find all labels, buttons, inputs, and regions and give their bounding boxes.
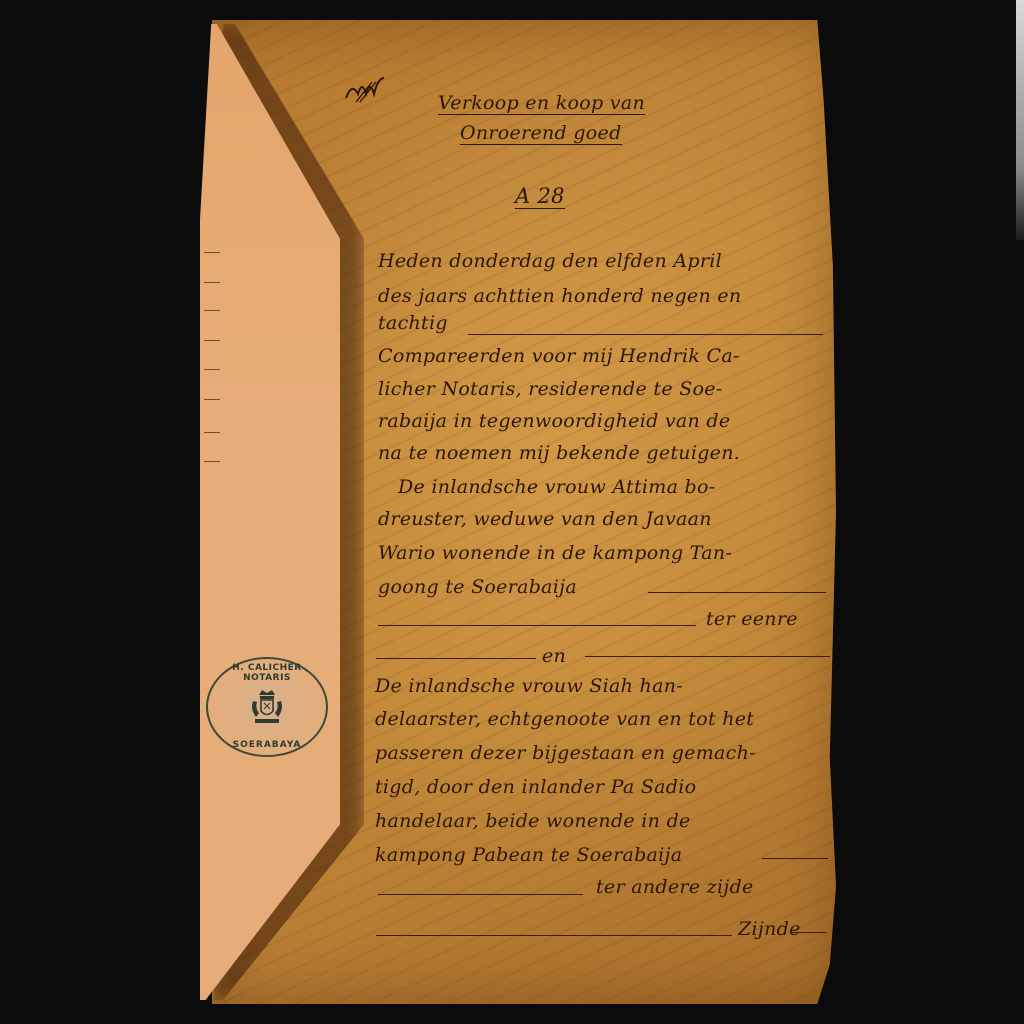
text-line: passeren dezer bijgestaan en gemach- bbox=[375, 742, 756, 764]
flap-tick bbox=[204, 461, 220, 462]
text-line: dreuster, weduwe van den Javaan bbox=[378, 508, 712, 530]
text-line: rabaija in tegenwoordigheid van de bbox=[378, 410, 730, 432]
fill-line bbox=[790, 932, 826, 933]
flap-tick bbox=[204, 399, 220, 400]
flap-tick bbox=[204, 369, 220, 370]
text-line: handelaar, beide wonende in de bbox=[375, 810, 691, 832]
fill-line bbox=[378, 894, 583, 895]
flap-tick bbox=[204, 340, 220, 341]
background-edge-strip bbox=[1016, 0, 1024, 240]
text-line: Zijnde bbox=[738, 918, 801, 940]
text-line: ter andere zijde bbox=[596, 876, 754, 898]
seal-top-text: H. CALICHER NOTARIS bbox=[208, 663, 326, 683]
text-line: licher Notaris, residerende te Soe- bbox=[378, 378, 723, 400]
text-line: ter eenre bbox=[706, 608, 798, 630]
deed-number: A 28 bbox=[515, 184, 565, 208]
fill-line bbox=[376, 935, 732, 936]
text-line: kampong Pabean te Soerabaija bbox=[375, 844, 682, 866]
notary-seal: H. CALICHER NOTARIS SOERABAYA bbox=[206, 657, 328, 757]
fill-line bbox=[468, 334, 823, 335]
text-line: De inlandsche vrouw Attima bo- bbox=[398, 476, 715, 498]
fill-line bbox=[762, 858, 828, 859]
text-line: delaarster, echtgenoote van en tot het bbox=[375, 708, 754, 730]
flap-tick bbox=[204, 282, 220, 283]
seal-bottom-text: SOERABAYA bbox=[208, 740, 326, 750]
text-line: De inlandsche vrouw Siah han- bbox=[375, 675, 683, 697]
text-line: Heden donderdag den elfden April bbox=[378, 250, 722, 272]
flap-tick bbox=[204, 432, 220, 433]
text-line: des jaars achttien honderd negen en bbox=[378, 285, 741, 307]
fill-line bbox=[648, 592, 826, 593]
flap-tick bbox=[204, 310, 220, 311]
text-line: Compareerden voor mij Hendrik Ca- bbox=[378, 345, 740, 367]
title-line-1: Verkoop en koop van bbox=[438, 92, 645, 114]
title-line-2: Onroerend goed bbox=[460, 122, 622, 144]
coat-of-arms-icon bbox=[247, 687, 287, 729]
flourish-mark-icon bbox=[342, 72, 386, 106]
text-line: tachtig bbox=[378, 312, 448, 334]
text-line: goong te Soerabaija bbox=[378, 576, 577, 598]
text-line: tigd, door den inlander Pa Sadio bbox=[375, 776, 696, 798]
flap-tick bbox=[204, 252, 220, 253]
text-line: Wario wonende in de kampong Tan- bbox=[378, 542, 732, 564]
fill-line bbox=[378, 625, 696, 626]
fill-line bbox=[376, 658, 536, 659]
fill-line bbox=[585, 656, 830, 657]
text-line: en bbox=[542, 645, 566, 667]
text-line: na te noemen mij bekende getuigen. bbox=[378, 442, 740, 464]
